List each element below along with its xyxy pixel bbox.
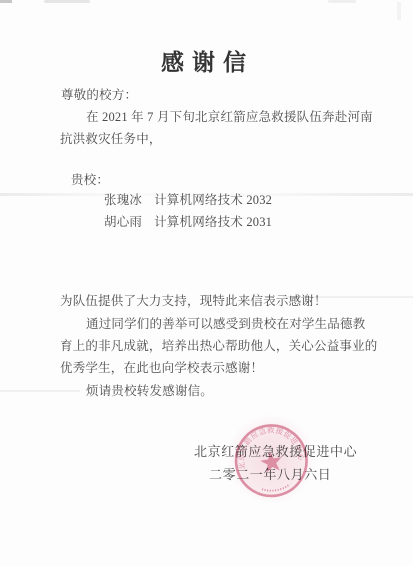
paragraph3-line: 育上的非凡成就，培养出热心帮助他人，关心公益事业的 [60,336,378,354]
salutation: 尊敬的校方： [61,85,137,103]
scan-smudge [0,0,12,3]
student-name: 张瑰冰 [104,193,142,207]
paragraph1-line: 抗洪救灾任务中， [60,129,162,147]
signature-date: 二零二一年八月六日 [209,464,331,483]
scan-smudge [397,2,401,20]
scanned-letter-page: 感谢信 尊敬的校方： 在 2021 年 7 月下旬北京红箭应急救援队伍奔赴河南 … [0,0,413,566]
recipient-label: 贵校： [71,170,109,188]
signature-organization: 北京红箭应急救援促进中心 [194,441,357,460]
paragraph1-line: 在 2021 年 7 月下旬北京红箭应急救援队伍奔赴河南 [86,107,373,125]
scan-smudge [328,0,356,3]
paragraph2: 为队伍提供了大力支持，现特此来信表示感谢！ [60,291,327,309]
student-row: 张瑰冰计算机网络技术 2032 [104,190,272,208]
student-row: 胡心雨计算机网络技术 2031 [104,212,272,230]
paragraph3-line: 通过同学们的善举可以感受到贵校在对学生品德教 [86,314,365,332]
seal-ring [231,420,313,502]
paragraph3-line: 优秀学生，在此也向学校表示感谢！ [60,358,263,376]
scan-smudge [44,0,90,3]
letter-title: 感谢信 [161,44,254,77]
seal-serial-marks [262,484,290,492]
student-class: 计算机网络技术 2031 [154,215,272,229]
student-name: 胡心雨 [104,215,142,229]
student-class: 计算机网络技术 2032 [154,193,272,207]
scan-streak [0,390,80,392]
paragraph4: 烦请贵校转发感谢信。 [86,381,213,399]
